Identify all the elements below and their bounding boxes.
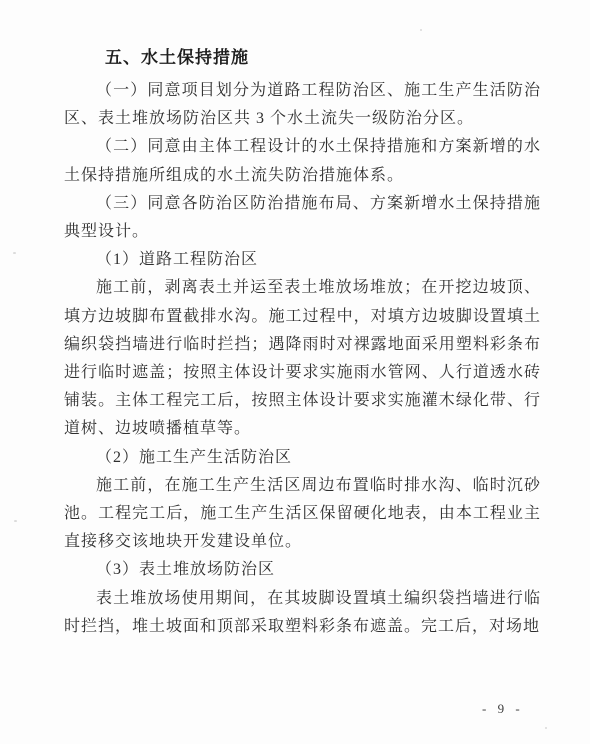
subsection-heading-road-works: （1）道路工程防治区	[64, 246, 541, 274]
section-heading: 五、水土保持措施	[105, 46, 541, 70]
page-number: - 9 -	[482, 701, 524, 717]
paragraph-topsoil-stockpile-measures: 表土堆放场使用期间，在其坡脚设置填土编织袋挡墙进行临时拦挡，堆土坡面和顶部采取塑…	[64, 585, 541, 641]
paragraph-item-3: （三）同意各防治区防治措施布局、方案新增水土保持措施典型设计。	[64, 190, 541, 246]
paragraph-item-2: （二）同意由主体工程设计的水土保持措施和方案新增的水土保持措施所组成的水土流失防…	[64, 133, 541, 189]
scan-speck	[545, 727, 547, 729]
scan-speck	[420, 29, 422, 31]
scan-speck	[14, 520, 17, 522]
scan-speck	[13, 252, 16, 254]
subsection-heading-topsoil-stockpile: （3）表土堆放场防治区	[64, 556, 541, 584]
paragraph-road-works-measures: 施工前，剥离表土并运至表土堆放场堆放；在开挖边坡顶、填方边坡脚布置截排水沟。施工…	[64, 274, 541, 443]
paragraph-construction-living-measures: 施工前，在施工生产生活区周边布置临时排水沟、临时沉砂池。工程完工后，施工生产生活…	[64, 472, 541, 557]
paragraph-item-1: （一）同意项目划分为道路工程防治区、施工生产生活防治区、表土堆放场防治区共 3 …	[64, 77, 541, 133]
document-content: 五、水土保持措施 （一）同意项目划分为道路工程防治区、施工生产生活防治区、表土堆…	[64, 46, 541, 641]
subsection-heading-construction-living-area: （2）施工生产生活防治区	[64, 444, 541, 472]
document-page: 五、水土保持措施 （一）同意项目划分为道路工程防治区、施工生产生活防治区、表土堆…	[0, 0, 590, 744]
